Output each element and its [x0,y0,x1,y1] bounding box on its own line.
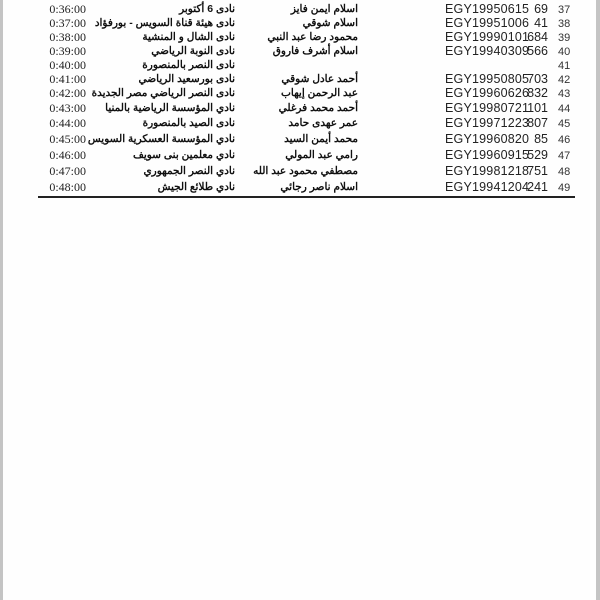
table-row: 0:48:00نادي طلائع الجيشاسلام ناصر رجائيE… [0,180,600,194]
number-cell: 529 [527,148,548,162]
index-cell: 38 [558,17,570,31]
index-cell: 37 [558,3,570,17]
code-cell: EGY19951006 [445,16,529,30]
time-cell: 0:43:00 [49,101,86,115]
code-cell: EGY19990101 [445,30,529,44]
name-cell: أحمد عادل شوقي [281,72,358,86]
code-cell: EGY19950615 [445,2,529,16]
index-cell: 40 [558,45,570,59]
name-cell: اسلام ايمن فايز [291,2,358,16]
index-cell: 49 [558,181,570,195]
index-cell: 41 [558,59,570,73]
time-cell: 0:47:00 [49,164,86,178]
code-cell: EGY19960820 [445,132,529,146]
time-cell: 0:45:00 [49,132,86,146]
index-cell: 44 [558,102,570,116]
index-cell: 46 [558,133,570,147]
index-cell: 39 [558,31,570,45]
table-row: 0:39:00نادى النوبة الرياضياسلام أشرف فار… [0,44,600,58]
club-cell: نادي معلمين بنى سويف [133,148,235,162]
table-row: 0:41:00نادى بورسعيد الرياضيأحمد عادل شوق… [0,72,600,86]
club-cell: نادى النوبة الرياضي [151,44,235,58]
time-cell: 0:46:00 [49,148,86,162]
code-cell: EGY19941204 [445,180,529,194]
code-cell: EGY19950805 [445,72,529,86]
name-cell: مصطفي محمود عبد الله [253,164,358,178]
code-cell: EGY19980721 [445,101,529,115]
table-row: 0:47:00نادي النصر الجمهوريمصطفي محمود عب… [0,164,600,178]
club-cell: نادى الشال و المنشية [142,30,235,44]
number-cell: 807 [527,116,548,130]
table-row: 0:45:00نادي المؤسسة العسكرية السويسمحمد … [0,132,600,146]
table-row: 0:46:00نادي معلمين بنى سويفرامي عبد المو… [0,148,600,162]
club-cell: نادى هيئة قناة السويس - بورفؤاد [95,16,235,30]
number-cell: 751 [527,164,548,178]
name-cell: أحمد محمد فرغلي [279,101,358,115]
name-cell: اسلام شوقي [303,16,358,30]
code-cell: EGY19981218 [445,164,529,178]
index-cell: 42 [558,73,570,87]
club-cell: نادى بورسعيد الرياضي [138,72,235,86]
club-cell: نادى 6 أكتوبر [179,2,235,16]
club-cell: نادى النصر الرياضي مصر الجديدة [92,86,235,100]
time-cell: 0:42:00 [49,86,86,100]
name-cell: اسلام أشرف فاروق [273,44,358,58]
number-cell: 241 [527,180,548,194]
table-bottom-rule [38,196,575,198]
index-cell: 47 [558,149,570,163]
time-cell: 0:36:00 [49,2,86,16]
time-cell: 0:40:00 [49,58,86,72]
index-cell: 45 [558,117,570,131]
time-cell: 0:37:00 [49,16,86,30]
number-cell: 85 [534,132,548,146]
code-cell: EGY19940309 [445,44,529,58]
time-cell: 0:38:00 [49,30,86,44]
club-cell: نادى النصر بالمنصورة [142,58,235,72]
club-cell: نادي المؤسسة الرياضية بالمنيا [105,101,235,115]
name-cell: محمد أيمن السيد [284,132,358,146]
time-cell: 0:44:00 [49,116,86,130]
code-cell: EGY19960626 [445,86,529,100]
number-cell: 832 [527,86,548,100]
code-cell: EGY19960915 [445,148,529,162]
club-cell: نادي النصر الجمهوري [143,164,235,178]
number-cell: 684 [527,30,548,44]
table-row: 0:42:00نادى النصر الرياضي مصر الجديدةعبد… [0,86,600,100]
table-row: 0:38:00نادى الشال و المنشيةمحمود رضا عبد… [0,30,600,44]
number-cell: 566 [527,44,548,58]
index-cell: 48 [558,165,570,179]
time-cell: 0:41:00 [49,72,86,86]
table-row: 0:36:00نادى 6 أكتوبراسلام ايمن فايزEGY19… [0,2,600,16]
club-cell: نادى الصيد بالمنصورة [143,116,235,130]
club-cell: نادي المؤسسة العسكرية السويس [88,132,235,146]
number-cell: 69 [534,2,548,16]
number-cell: 703 [527,72,548,86]
table-row: 0:44:00نادى الصيد بالمنصورةعمر عهدى حامد… [0,116,600,130]
number-cell: 101 [527,101,548,115]
index-cell: 43 [558,87,570,101]
table-row: 0:40:00نادى النصر بالمنصورة41 [0,58,600,72]
time-cell: 0:39:00 [49,44,86,58]
number-cell: 41 [534,16,548,30]
name-cell: اسلام ناصر رجائي [280,180,358,194]
time-cell: 0:48:00 [49,180,86,194]
club-cell: نادي طلائع الجيش [158,180,235,194]
table-row: 0:37:00نادى هيئة قناة السويس - بورفؤاداس… [0,16,600,30]
table-row: 0:43:00نادي المؤسسة الرياضية بالمنياأحمد… [0,101,600,115]
name-cell: رامي عبد المولي [285,148,358,162]
name-cell: عمر عهدى حامد [288,116,358,130]
name-cell: عبد الرحمن إيهاب [281,86,358,100]
name-cell: محمود رضا عبد النبي [267,30,358,44]
code-cell: EGY19971223 [445,116,529,130]
